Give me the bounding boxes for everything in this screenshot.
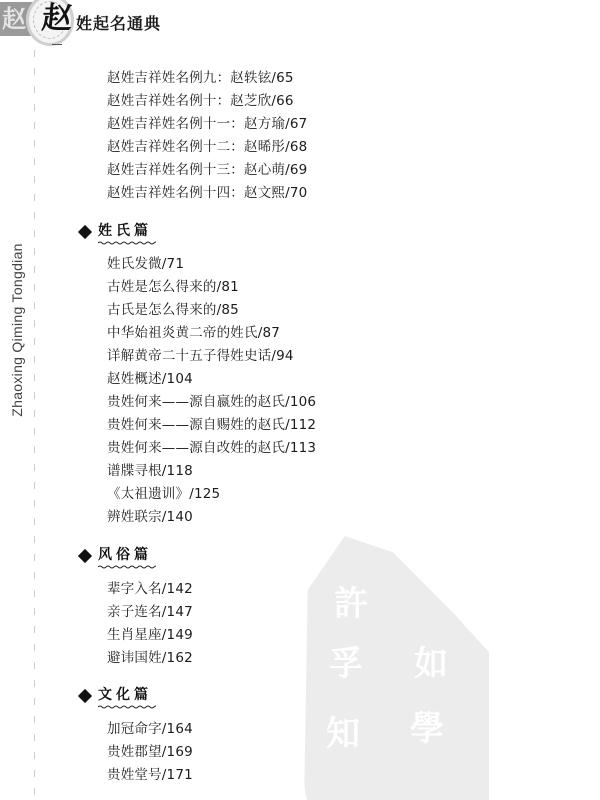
toc-entry[interactable]: 赵姓概述/104 <box>107 370 193 388</box>
seal-char: 如 <box>414 646 448 682</box>
toc-entry[interactable]: 亲子连名/147 <box>107 603 193 621</box>
toc-entry[interactable]: 辈字入名/142 <box>107 580 193 598</box>
wavy-underline-icon <box>98 241 156 245</box>
wavy-underline-icon <box>98 565 156 569</box>
toc-entry[interactable]: 古氏是怎么得来的/85 <box>107 301 239 319</box>
toc-entry[interactable]: 详解黄帝二十五子得姓史话/94 <box>107 347 294 365</box>
toc-entry[interactable]: 贵姓何来——源自赐姓的赵氏/112 <box>107 416 316 434</box>
header-dash <box>52 44 62 45</box>
toc-entry[interactable]: 避讳国姓/162 <box>107 649 193 667</box>
seal-char: 知 <box>326 716 360 752</box>
spine-dotted-line <box>34 50 35 800</box>
header-band-glyph: 赵 <box>2 6 26 32</box>
toc-entry[interactable]: 赵姓吉祥姓名例九：赵轶铉/65 <box>107 69 294 87</box>
wavy-underline-icon <box>98 705 156 709</box>
toc-entry[interactable]: 贵姓何来——源自改姓的赵氏/113 <box>107 439 316 457</box>
toc-entry[interactable]: 姓氏发微/71 <box>107 255 184 273</box>
toc-entry[interactable]: 赵姓吉祥姓名例十四：赵文熙/70 <box>107 184 307 202</box>
toc-entry[interactable]: 赵姓吉祥姓名例十：赵芝欣/66 <box>107 92 294 110</box>
toc-entry[interactable]: 赵姓吉祥姓名例十三：赵心萌/69 <box>107 161 307 179</box>
toc-entry[interactable]: 贵姓堂号/171 <box>107 766 193 784</box>
header-calligraphy-char: 赵 <box>40 2 74 36</box>
section-title: 风俗篇 <box>98 546 152 564</box>
toc-entry[interactable]: 中华始祖炎黄二帝的姓氏/87 <box>107 324 280 342</box>
toc-entry[interactable]: 赵姓吉祥姓名例十二：赵晞彤/68 <box>107 138 307 156</box>
seal-char: 許 <box>334 586 368 622</box>
seal-char: 孚 <box>329 646 363 682</box>
seal-char: 學 <box>410 711 444 747</box>
diamond-bullet-icon <box>78 549 92 563</box>
seal-watermark: 許 孚 知 如 學 <box>304 536 489 800</box>
diamond-bullet-icon <box>78 225 92 239</box>
book-title: 姓起名通典 <box>76 14 161 34</box>
toc-entry[interactable]: 生肖星座/149 <box>107 626 193 644</box>
toc-entry[interactable]: 《太祖遗训》/125 <box>107 485 220 503</box>
toc-entry[interactable]: 辨姓联宗/140 <box>107 508 193 526</box>
toc-entry[interactable]: 古姓是怎么得来的/81 <box>107 278 239 296</box>
toc-entry[interactable]: 加冠命字/164 <box>107 720 193 738</box>
diamond-bullet-icon <box>78 689 92 703</box>
toc-entry[interactable]: 赵姓吉祥姓名例十一：赵方瑜/67 <box>107 115 307 133</box>
toc-entry[interactable]: 谱牒寻根/118 <box>107 462 193 480</box>
section-title: 姓氏篇 <box>98 222 152 240</box>
section-title: 文化篇 <box>98 686 152 704</box>
page-header: 赵 赵 姓起名通典 <box>0 0 600 50</box>
toc-entry[interactable]: 贵姓郡望/169 <box>107 743 193 761</box>
spine-pinyin-title: Zhaoxing Qiming Tongdian <box>9 243 25 417</box>
toc-entry[interactable]: 贵姓何来——源自嬴姓的赵氏/106 <box>107 393 316 411</box>
